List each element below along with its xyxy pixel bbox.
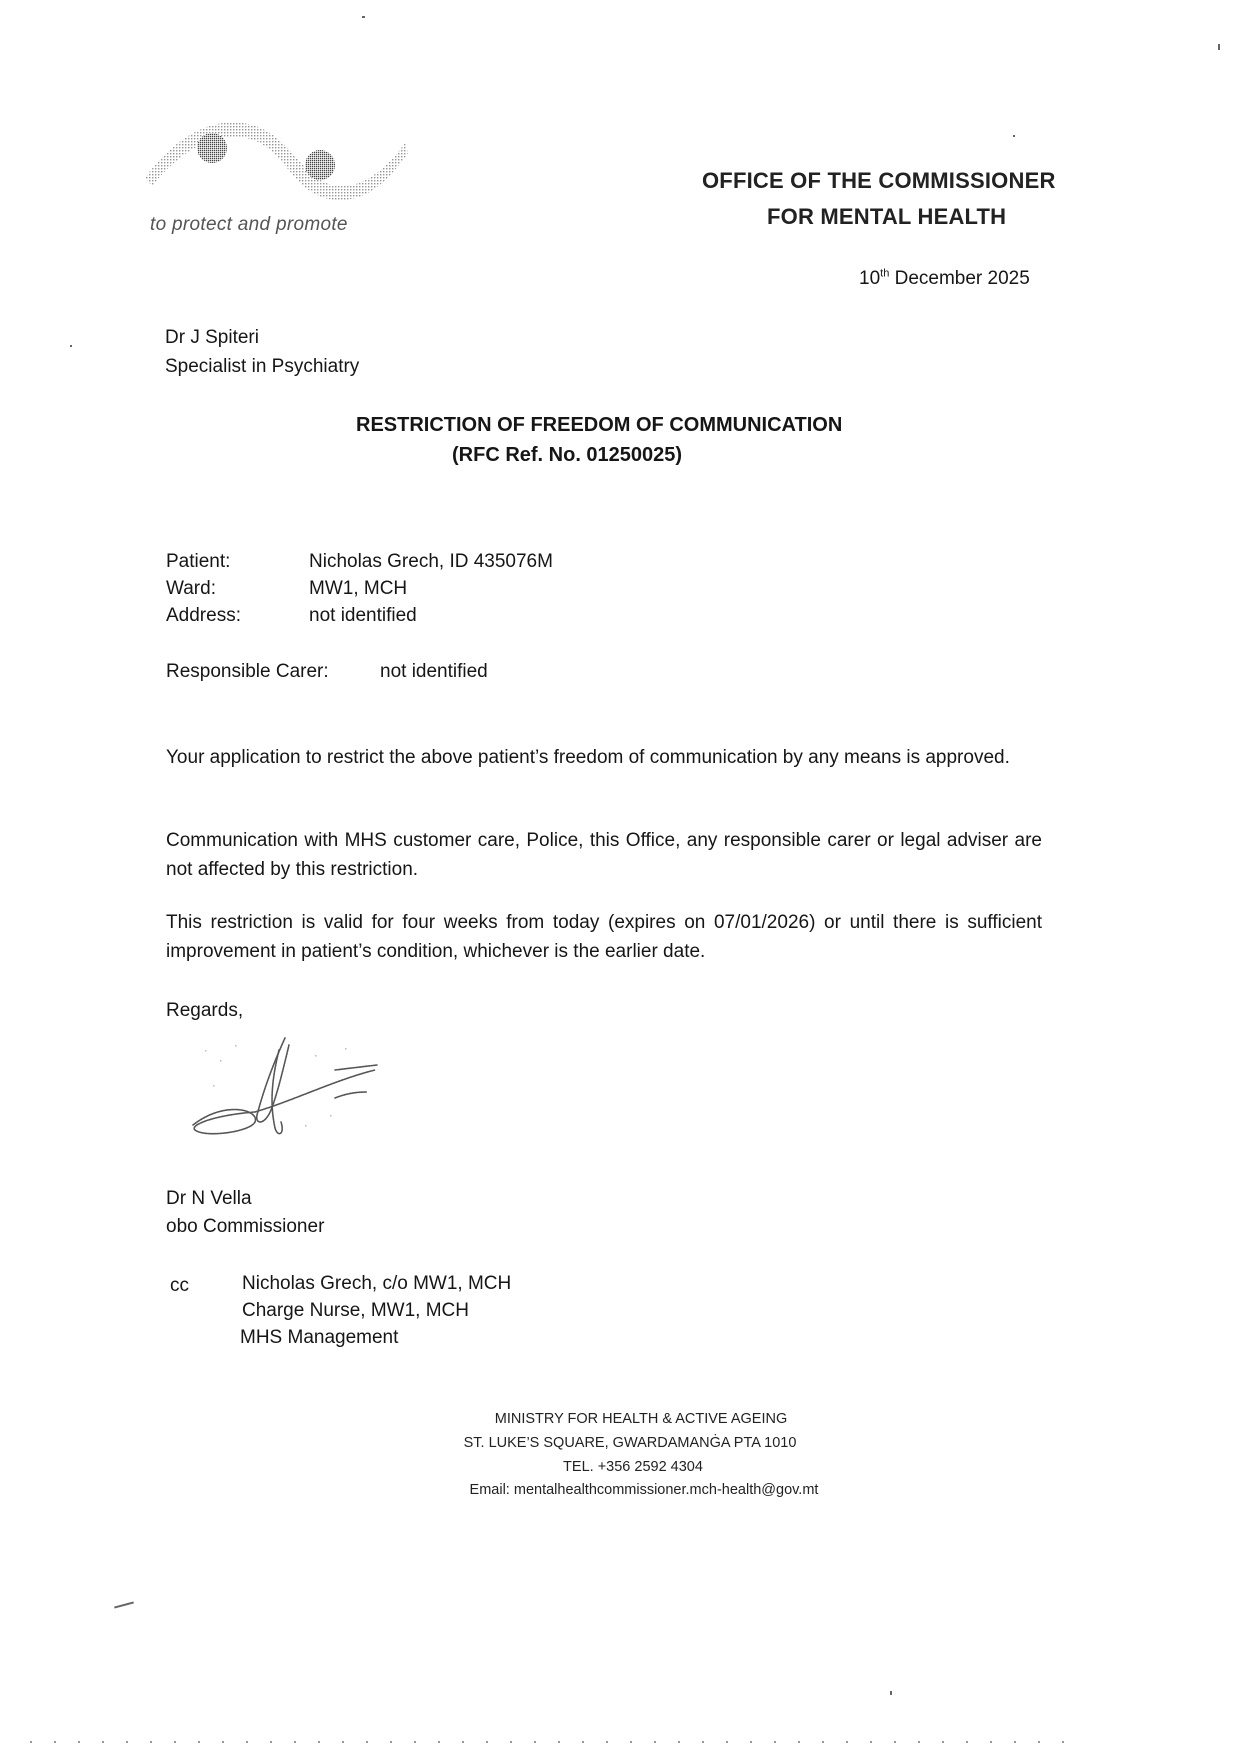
signature <box>185 1030 385 1148</box>
date-month-year: December 2025 <box>889 268 1029 289</box>
office-title-line2: FOR MENTAL HEALTH <box>767 204 1006 230</box>
subject-heading: RESTRICTION OF FREEDOM OF COMMUNICATION <box>356 411 842 439</box>
patient-value: Nicholas Grech, ID 435076M <box>309 548 553 576</box>
commission-logo <box>140 108 410 218</box>
subject-reference: (RFC Ref. No. 01250025) <box>452 441 682 469</box>
cc-recipient: Nicholas Grech, c/o MW1, MCH <box>242 1270 511 1298</box>
wave-with-two-circles-logo-icon <box>140 108 410 218</box>
footer-ministry: MINISTRY FOR HEALTH & ACTIVE AGEING <box>341 1408 941 1430</box>
address-label: Address: <box>166 602 241 630</box>
scan-speck <box>114 1601 134 1608</box>
scan-speck <box>362 16 365 18</box>
footer-phone: TEL. +356 2592 4304 <box>333 1456 933 1478</box>
footer-email: Email: mentalhealthcommissioner.mch-heal… <box>344 1479 944 1501</box>
footer-address: ST. LUKE’S SQUARE, GWARDAMANĠA PTA 1010 <box>330 1432 930 1454</box>
cc-recipient: MHS Management <box>240 1324 398 1352</box>
body-paragraph-exemptions: Communication with MHS customer care, Po… <box>166 826 1042 884</box>
responsible-carer-value: not identified <box>380 658 488 686</box>
responsible-carer-label: Responsible Carer: <box>166 658 329 686</box>
scan-edge-dots <box>30 1741 1070 1743</box>
date-day: 10 <box>859 268 880 289</box>
ward-label: Ward: <box>166 575 216 603</box>
signer-name: Dr N Vella <box>166 1185 252 1213</box>
office-title-line1: OFFICE OF THE COMMISSIONER <box>702 168 1056 194</box>
letter-date: 10th December 2025 <box>859 265 1030 293</box>
scan-speck <box>1218 44 1220 50</box>
recipient-title: Specialist in Psychiatry <box>165 353 359 381</box>
closing: Regards, <box>166 997 243 1025</box>
date-suffix: th <box>880 268 889 280</box>
body-paragraph-approval: Your application to restrict the above p… <box>166 743 1042 772</box>
handwritten-signature-icon <box>185 1030 385 1148</box>
scan-speck <box>70 345 72 347</box>
address-value: not identified <box>309 602 417 630</box>
logo-tagline: to protect and promote <box>150 214 348 236</box>
scan-speck <box>1013 135 1015 137</box>
signer-role: obo Commissioner <box>166 1213 324 1241</box>
recipient-name: Dr J Spiteri <box>165 324 259 352</box>
ward-value: MW1, MCH <box>309 575 407 603</box>
patient-label: Patient: <box>166 548 230 576</box>
body-paragraph-validity: This restriction is valid for four weeks… <box>166 908 1042 966</box>
cc-label: cc <box>170 1272 189 1300</box>
scan-speck <box>890 1691 892 1695</box>
cc-recipient: Charge Nurse, MW1, MCH <box>242 1297 469 1325</box>
